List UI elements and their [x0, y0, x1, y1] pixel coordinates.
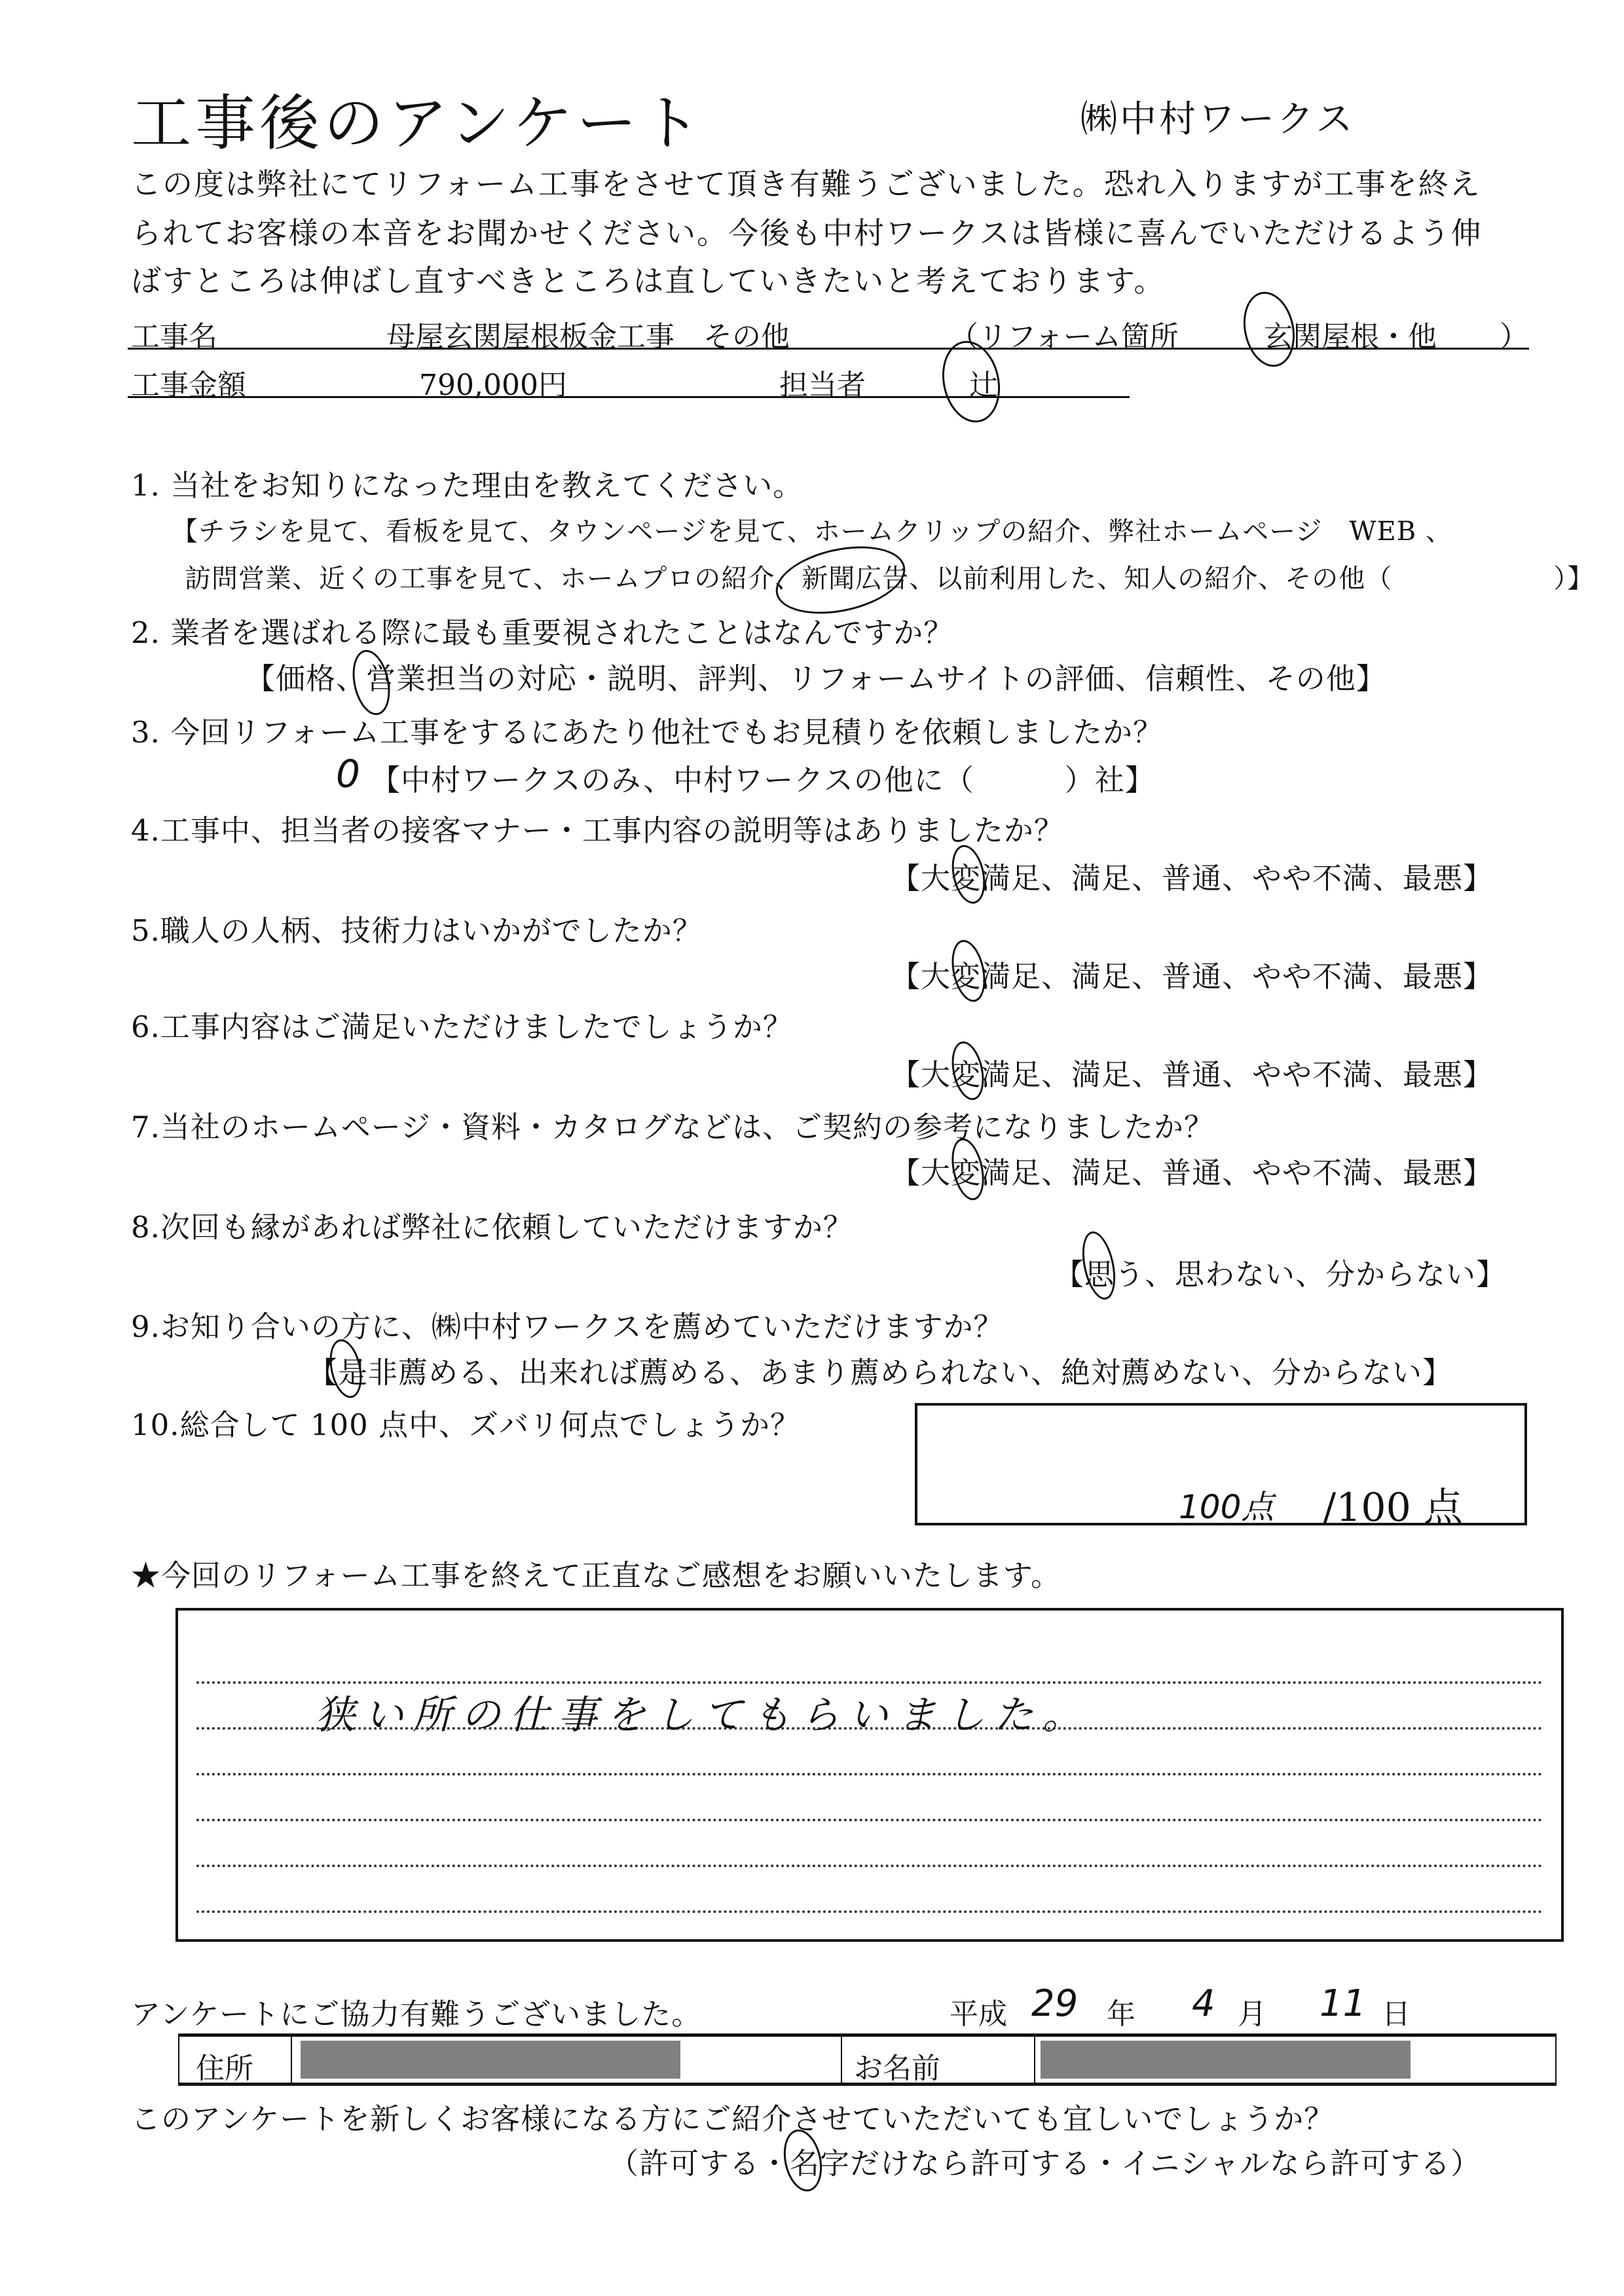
- question-9: 9.お知り合いの方に、㈱中村ワークスを薦めていただけますか？: [131, 1303, 1004, 1345]
- thanks-text: アンケートにご協力有難うございました。: [131, 1990, 701, 2033]
- date-day: 11: [1319, 1982, 1366, 2025]
- score-handwritten: 100点: [1179, 1481, 1274, 1528]
- cell-divider: [1034, 2037, 1035, 2083]
- intro-line-2: られてお客様の本音をお聞かせください。今後も中村ワークスは皆様に喜んでいただける…: [131, 210, 1483, 253]
- selection-circle: [325, 1336, 367, 1401]
- permission-options: （許可する・名字だけなら許可する・イニシャルなら許可する）: [609, 2140, 1481, 2182]
- company-name: ㈱中村ワークス: [1080, 90, 1355, 143]
- permission-question: このアンケートを新しくお客様になる方にご紹介させていただいても宜しいでしょうか？: [131, 2095, 1334, 2138]
- dotted-line: [196, 1773, 1543, 1776]
- divider: [128, 348, 1529, 350]
- question-8: 8.次回も縁があれば弊社に依頼していただけますか？: [131, 1203, 853, 1246]
- question-1: 1. 当社をお知りになった理由を教えてください。: [131, 462, 803, 504]
- customer-info-table: 住所 お名前: [178, 2033, 1557, 2086]
- question-3-options: 【中村ワークスのみ、中村ワークスの他に（ ）社】: [371, 756, 1155, 799]
- question-3: 3. 今回リフォーム工事をするにあたり他社でもお見積りを依頼しましたか？: [131, 708, 1163, 751]
- intro-line-1: この度は弊社にてリフォーム工事をさせて頂き有難うございました。恐れ入りますが工事…: [131, 160, 1481, 204]
- dotted-line: [196, 1865, 1543, 1867]
- divider: [128, 396, 1130, 398]
- question-7: 7.当社のホームページ・資料・カタログなどは、ご契約の参考になりましたか？: [131, 1103, 1214, 1146]
- question-9-options: 【是非薦める、出来れば薦める、あまり薦められない、絶対薦めない、分からない】: [308, 1349, 1452, 1391]
- name-redacted: [1041, 2041, 1411, 2079]
- question-5: 5.職人の人柄、技術力はいかがでしたか？: [131, 907, 703, 949]
- name-label: お名前: [854, 2045, 940, 2086]
- date-era: 平成: [950, 1990, 1007, 2032]
- date-day-label: 日: [1382, 1990, 1411, 2032]
- page-title: 工事後のアンケート: [131, 75, 705, 162]
- date-month-label: 月: [1238, 1990, 1266, 2032]
- dotted-line: [196, 1819, 1543, 1821]
- address-redacted: [301, 2041, 680, 2079]
- date-year: 29: [1031, 1982, 1078, 2025]
- question-2: 2. 業者を選ばれる際に最も重要視されたことはなんですか？: [131, 609, 953, 651]
- score-suffix: /100 点: [1323, 1476, 1463, 1533]
- question-8-options: 【思う、思わない、分からない】: [1054, 1250, 1506, 1293]
- address-label: 住所: [196, 2045, 253, 2086]
- question-4: 4.工事中、担当者の接客マナー・工事内容の説明等はありましたか？: [131, 807, 1064, 849]
- intro-line-3: ばすところは伸ばし直すべきところは直していきたいと考えております。: [131, 257, 1165, 301]
- selection-circle: [947, 1038, 989, 1103]
- cell-divider: [291, 2037, 292, 2083]
- question-2-options: 【価格、営業担当の対応・説明、評判、リフォームサイトの評価、信頼性、その他】: [246, 655, 1386, 697]
- selection-circle: [947, 842, 990, 907]
- question-3-answer: 0: [336, 752, 360, 796]
- date-month: 4: [1192, 1982, 1215, 2025]
- date-year-label: 年: [1107, 1990, 1135, 2032]
- question-1-options-line1: 【チラシを見て、看板を見て、タウンページを見て、ホームクリップの紹介、弊社ホーム…: [172, 511, 1452, 548]
- question-6: 6.工事内容はご満足いただけましたでしょうか？: [131, 1003, 793, 1046]
- comments-prompt: ★今回のリフォーム工事を終えて正直なご感想をお願いいたします。: [131, 1552, 1061, 1594]
- cell-divider: [841, 2037, 842, 2083]
- selection-circle: [1237, 287, 1301, 371]
- comments-box[interactable]: 狭い所の仕事をしてもらいました。: [175, 1608, 1564, 1942]
- comments-handwritten: 狭い所の仕事をしてもらいました。: [316, 1684, 1091, 1740]
- dotted-line: [196, 1910, 1543, 1913]
- question-10: 10.総合して 100 点中、ズバリ何点でしょうか？: [131, 1401, 800, 1444]
